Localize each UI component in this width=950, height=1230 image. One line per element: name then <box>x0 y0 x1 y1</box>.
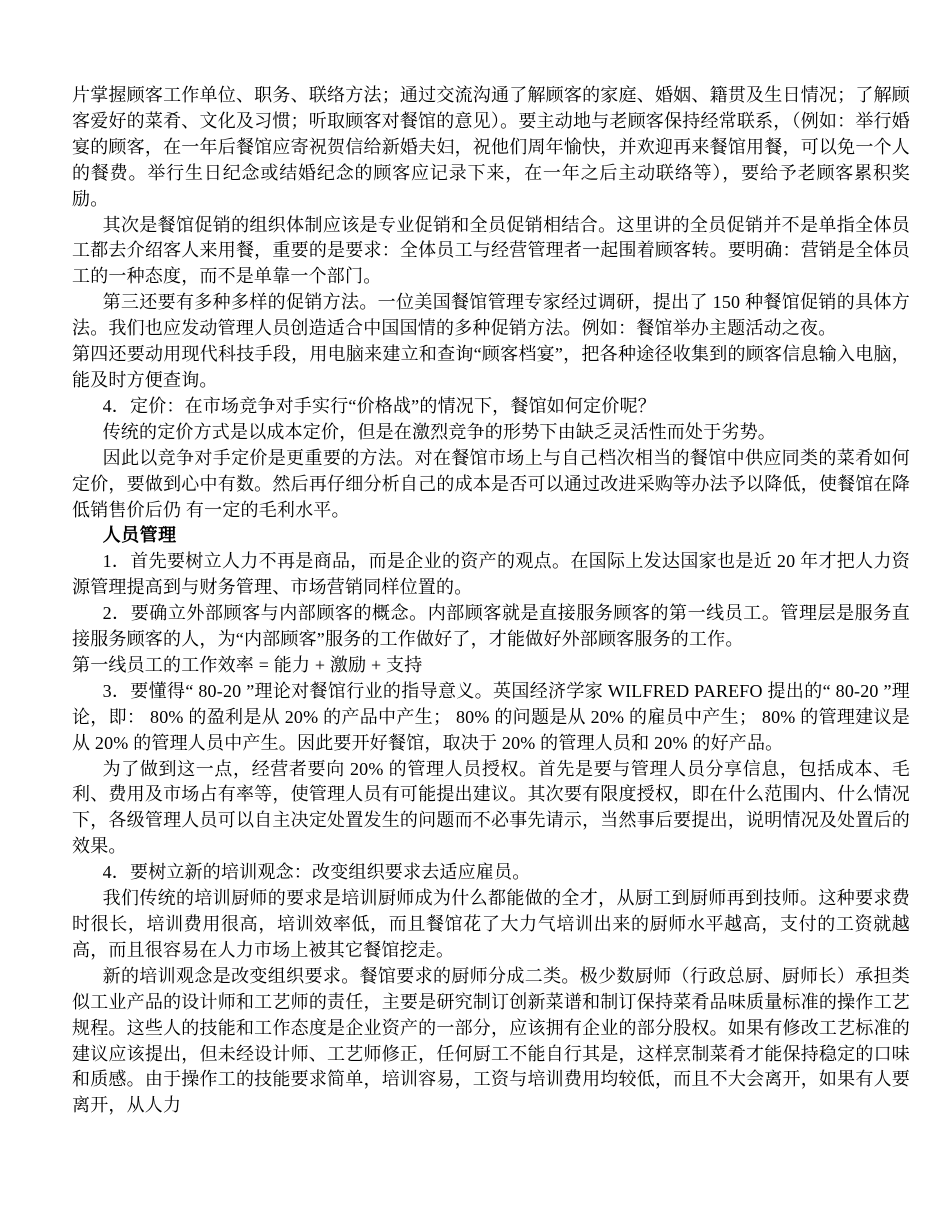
document-page: 片掌握顾客工作单位、职务、联络方法；通过交流沟通了解顾客的家庭、婚姻、籍贯及生日… <box>0 0 950 1230</box>
paragraph: 第三还要有多种多样的促销方法。一位美国餐馆管理专家经过调研，提出了 150 种餐… <box>72 290 910 342</box>
paragraph: 2．要确立外部顾客与内部顾客的概念。内部顾客就是直接服务顾客的第一线员工。管理层… <box>72 601 910 653</box>
paragraph: 我们传统的培训厨师的要求是培训厨师成为什么都能做的全才，从厨工到厨师再到技师。这… <box>72 886 910 964</box>
section-heading: 人员管理 <box>72 523 910 549</box>
paragraph: 3．要懂得“ 80-20 ”理论对餐馆行业的指导意义。英国经济学家 WILFRE… <box>72 679 910 757</box>
paragraph: 4．要树立新的培训观念：改变组织要求去适应雇员。 <box>72 860 910 886</box>
paragraph: 新的培训观念是改变组织要求。餐馆要求的厨师分成二类。极少数厨师（行政总厨、厨师长… <box>72 964 910 1119</box>
paragraph: 1．首先要树立人力不再是商品，而是企业的资产的观点。在国际上发达国家也是近 20… <box>72 549 910 601</box>
paragraph: 传统的定价方式是以成本定价，但是在激烈竞争的形势下由缺乏灵活性而处于劣势。 <box>72 420 910 446</box>
paragraph: 为了做到这一点，经营者要向 20% 的管理人员授权。首先是要与管理人员分享信息，… <box>72 757 910 861</box>
paragraph: 其次是餐馆促销的组织体制应该是专业促销和全员促销相结合。这里讲的全员促销并不是单… <box>72 213 910 291</box>
document-body: 片掌握顾客工作单位、职务、联络方法；通过交流沟通了解顾客的家庭、婚姻、籍贯及生日… <box>72 83 910 1119</box>
paragraph: 4．定价：在市场竞争对手实行“价格战”的情况下，餐馆如何定价呢？ <box>72 394 910 420</box>
paragraph: 第四还要动用现代科技手段，用电脑来建立和查询“顾客档宴”，把各种途径收集到的顾客… <box>72 342 910 394</box>
paragraph: 片掌握顾客工作单位、职务、联络方法；通过交流沟通了解顾客的家庭、婚姻、籍贯及生日… <box>72 83 910 213</box>
paragraph: 因此以竞争对手定价是更重要的方法。对在餐馆市场上与自己档次相当的餐馆中供应同类的… <box>72 446 910 524</box>
paragraph: 第一线员工的工作效率 = 能力 + 激励 + 支持 <box>72 653 910 679</box>
